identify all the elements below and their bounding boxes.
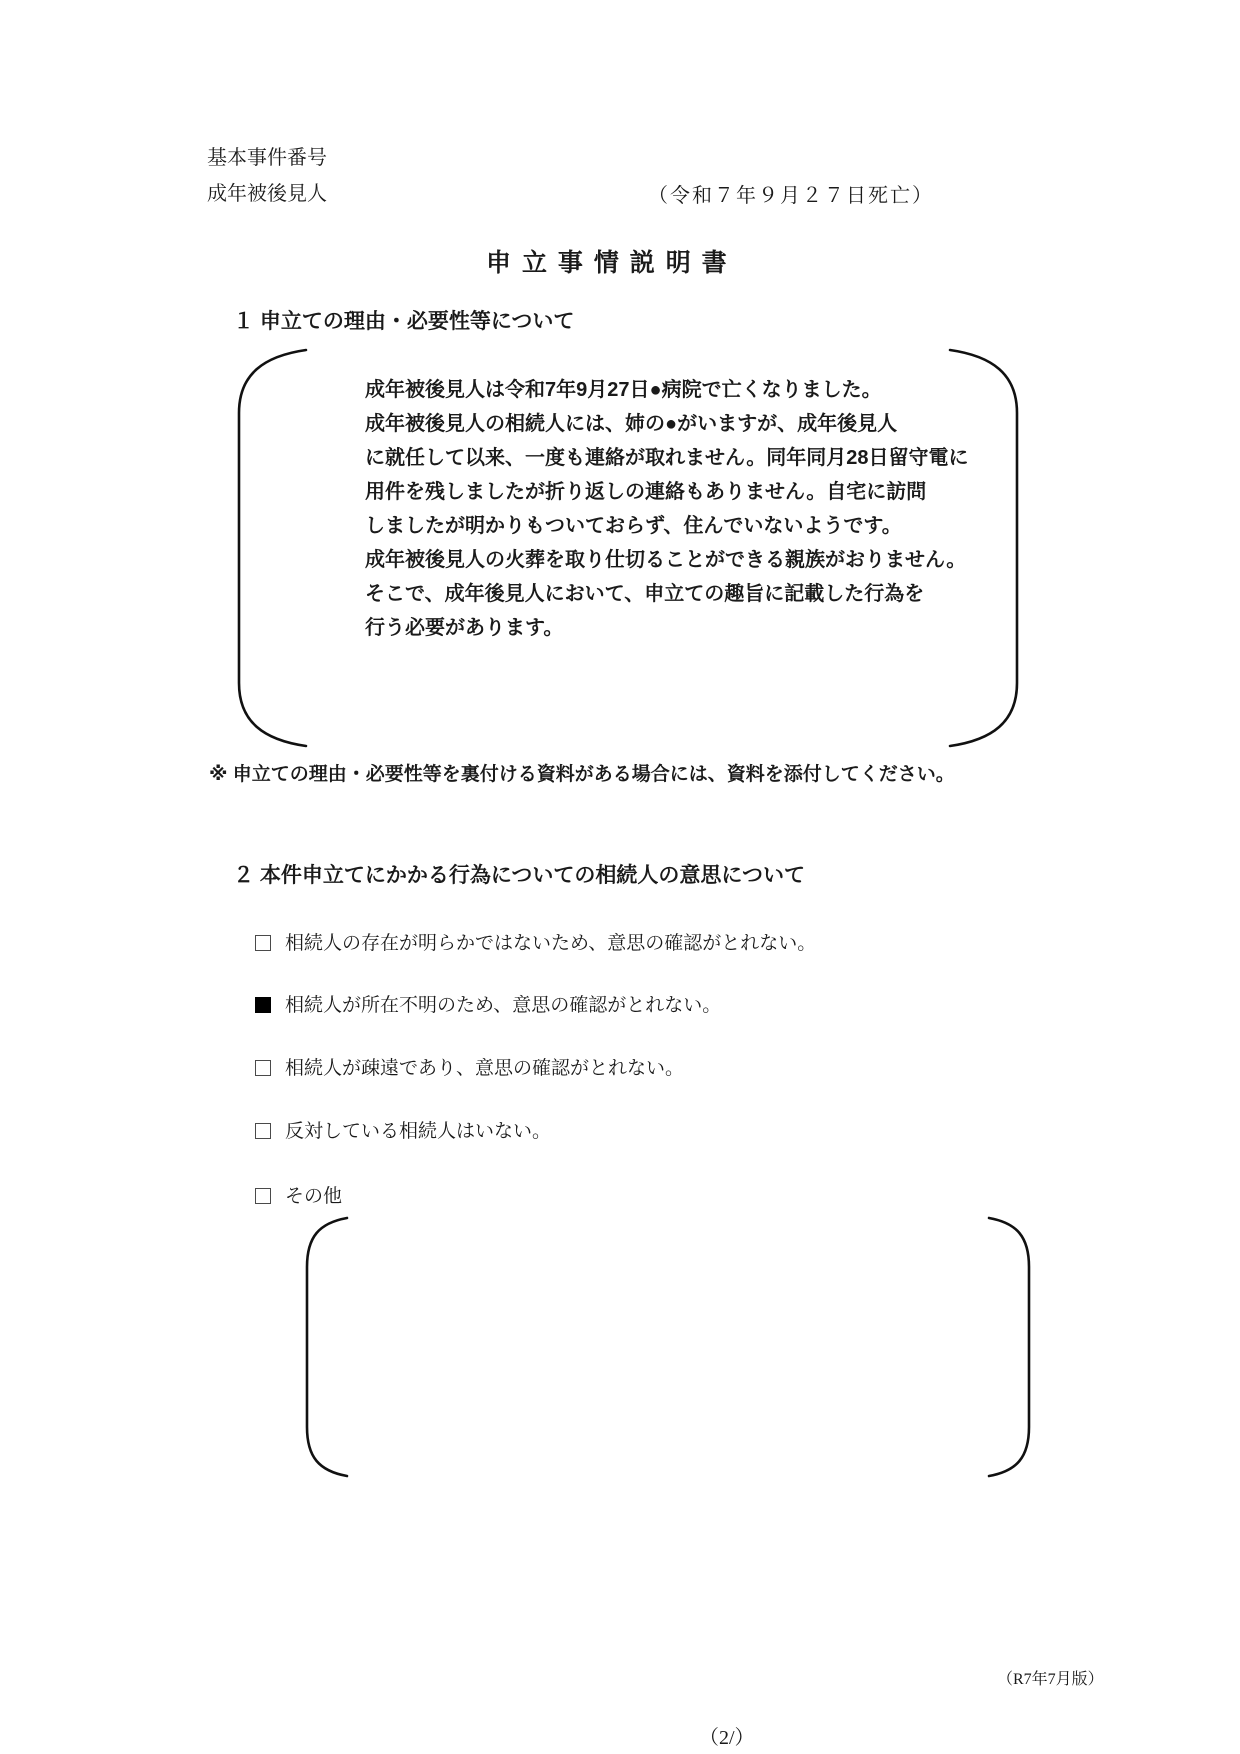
option-row-no-opposing-heir: 反対している相続人はいない。: [255, 1116, 551, 1143]
statement-line: 成年被後見人の相続人には、姉の●がいますが、成年後見人: [365, 407, 968, 441]
checkbox[interactable]: [255, 997, 271, 1013]
statement-line: 成年被後見人は令和7年9月27日●病院で亡くなりました。: [365, 373, 968, 407]
section2-heading: ２ 本件申立てにかかる行為についての相続人の意思について: [233, 859, 805, 889]
section1-heading: １ 申立ての理由・必要性等について: [233, 305, 574, 335]
option-row-other: その他: [255, 1181, 342, 1208]
document-title: 申 立 事 情 説 明 書: [486, 243, 729, 279]
option-label: 相続人が所在不明のため、意思の確認がとれない。: [285, 995, 721, 1016]
statement-text: 成年被後見人は令和7年9月27日●病院で亡くなりました。 成年被後見人の相続人に…: [365, 373, 968, 645]
option-row-heir-estranged: 相続人が疎遠であり、意思の確認がとれない。: [255, 1053, 684, 1080]
statement-line: 行う必要があります。: [365, 611, 968, 645]
document-page: 基本事件番号 成年被後見人 （令和７年９月２７日死亡） 申 立 事 情 説 明 …: [0, 0, 1240, 1754]
checkbox[interactable]: [255, 1060, 271, 1076]
page-number: （2/）: [699, 1721, 755, 1750]
attachment-note: ※ 申立ての理由・必要性等を裏付ける資料がある場合には、資料を添付してください。: [209, 759, 955, 786]
checkbox[interactable]: [255, 1188, 271, 1204]
statement-line: 成年被後見人の火葬を取り仕切ることができる親族がおりません。: [365, 543, 968, 577]
bracket-right-icon: [985, 1215, 1033, 1479]
death-date-note: （令和７年９月２７日死亡）: [648, 179, 934, 208]
option-label: 相続人が疎遠であり、意思の確認がとれない。: [285, 1058, 684, 1079]
form-version-label: （R7年7月版）: [997, 1666, 1104, 1689]
checkbox[interactable]: [255, 935, 271, 951]
option-row-heir-existence-unknown: 相続人の存在が明らかではないため、意思の確認がとれない。: [255, 928, 816, 955]
checkbox[interactable]: [255, 1123, 271, 1139]
statement-line: しましたが明かりもついておらず、住んでいないようです。: [365, 509, 968, 543]
bracket-left-icon: [303, 1215, 351, 1479]
option-label: 相続人の存在が明らかではないため、意思の確認がとれない。: [285, 933, 816, 954]
option-row-heir-whereabouts-unknown: 相続人が所在不明のため、意思の確認がとれない。: [255, 990, 721, 1017]
option-label: 反対している相続人はいない。: [285, 1121, 551, 1142]
statement-line: 用件を残しましたが折り返しの連絡もありません。自宅に訪問: [365, 475, 968, 509]
bracket-left-icon: [235, 347, 311, 749]
case-number-label: 基本事件番号: [207, 141, 327, 170]
option-label: その他: [285, 1186, 342, 1207]
statement-line: そこで、成年後見人において、申立ての趣旨に記載した行為を: [365, 577, 968, 611]
ward-label: 成年被後見人: [207, 177, 327, 206]
statement-line: に就任して以来、一度も連絡が取れません。同年同月28日留守電に: [365, 441, 968, 475]
